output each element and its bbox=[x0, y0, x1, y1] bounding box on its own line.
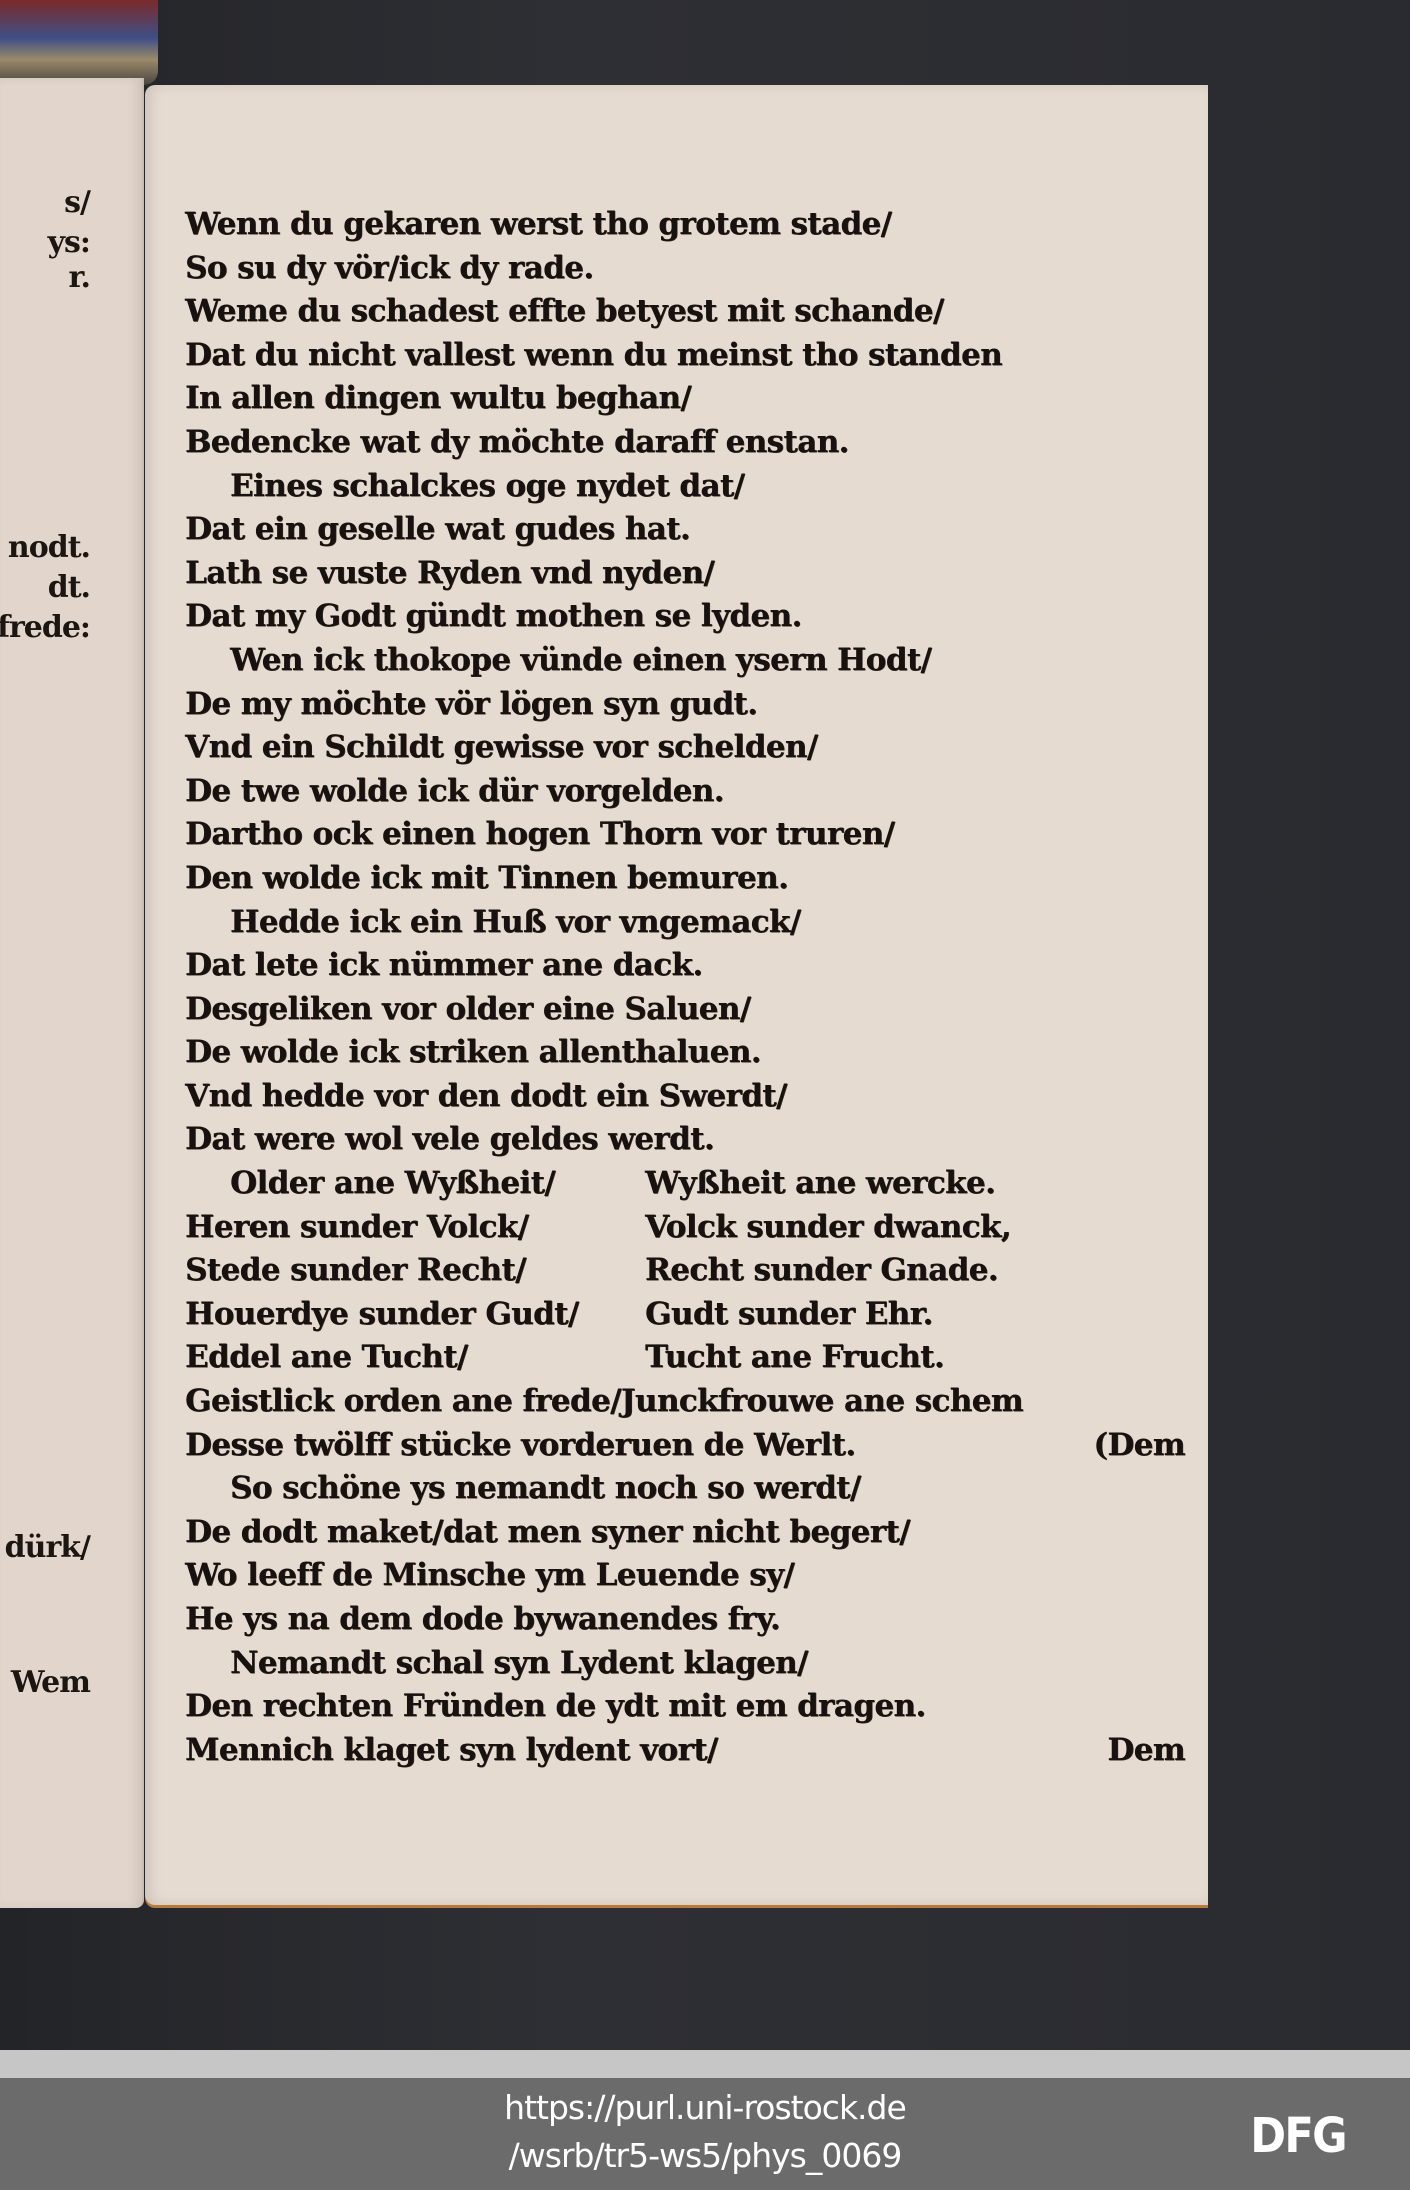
col-left-text: Eddel ane Tucht/ bbox=[185, 1339, 468, 1375]
left-page-fragment: s/ bbox=[64, 185, 90, 220]
two-column-line: Older ane Wyßheit/ Wyßheit ane wercke. bbox=[185, 1162, 1185, 1206]
text-line: De my möchte vör lögen syn gudt. bbox=[185, 683, 1185, 727]
col-left-text: Heren sunder Volck/ bbox=[185, 1209, 528, 1245]
footer-divider-bar bbox=[0, 2050, 1410, 2078]
text-line: Dat my Godt gündt mothen se lyden. bbox=[185, 595, 1185, 639]
left-page-fragment: frede: bbox=[0, 610, 90, 645]
text-line: Wen ick thokope vünde einen ysern Hodt/ bbox=[185, 639, 1185, 683]
text-line-content: He ys na dem dode bywanendes fry. bbox=[185, 1601, 780, 1637]
col-right-text: Tucht ane Frucht. bbox=[645, 1336, 944, 1380]
text-line: Weme du schadest effte betyest mit schan… bbox=[185, 290, 1185, 334]
left-page-catchword: Wem bbox=[11, 1665, 90, 1700]
book-binding-edge bbox=[0, 0, 158, 85]
text-line: Wo leeff de Minsche ym Leuende sy/ bbox=[185, 1554, 1185, 1598]
text-line-content: Nemandt schal syn Lydent klagen/ bbox=[230, 1645, 808, 1681]
left-page-fragment: nodt. bbox=[8, 530, 90, 565]
text-line: De twe wolde ick dür vorgelden. bbox=[185, 770, 1185, 814]
left-page-fragment: ys: bbox=[48, 225, 90, 260]
text-line-content: De dodt maket/dat men syner nicht begert… bbox=[185, 1514, 910, 1550]
text-line-content: Desse twölff stücke vorderuen de Werlt. bbox=[185, 1427, 856, 1463]
col-right-text: Recht sunder Gnade. bbox=[645, 1249, 998, 1293]
text-line: Den rechten Fründen de ydt mit em dragen… bbox=[185, 1685, 1185, 1729]
col-right-text: Wyßheit ane wercke. bbox=[645, 1162, 995, 1206]
text-line: So schöne ys nemandt noch so werdt/ bbox=[185, 1467, 1185, 1511]
text-line: Dat were wol vele geldes werdt. bbox=[185, 1118, 1185, 1162]
left-page: s/ ys: r. nodt. dt. frede: dürk/ Wem bbox=[0, 78, 144, 1908]
text-line: Geistlick orden ane frede/Junckfrouwe an… bbox=[185, 1380, 1185, 1424]
text-line: In allen dingen wultu beghan/ bbox=[185, 377, 1185, 421]
text-line: Mennich klaget syn lydent vort/ Dem bbox=[185, 1729, 1185, 1773]
dfg-logo: DFG bbox=[1250, 2108, 1345, 2164]
text-line: Desse twölff stücke vorderuen de Werlt. … bbox=[185, 1424, 1185, 1468]
poem-text-block: Wenn du gekaren werst tho grotem stade/ … bbox=[185, 203, 1185, 1772]
text-line: Vnd ein Schildt gewisse vor schelden/ bbox=[185, 726, 1185, 770]
text-line: De dodt maket/dat men syner nicht begert… bbox=[185, 1511, 1185, 1555]
catchword-bracket: (Dem bbox=[1093, 1424, 1185, 1468]
text-line-content: Geistlick orden ane frede/Junckfrouwe an… bbox=[185, 1383, 1023, 1419]
col-left-text: Stede sunder Recht/ bbox=[185, 1252, 526, 1288]
col-left-text: Older ane Wyßheit/ bbox=[230, 1165, 555, 1201]
text-line: Bedencke wat dy möchte daraff enstan. bbox=[185, 421, 1185, 465]
text-line: Dat lete ick nümmer ane dack. bbox=[185, 944, 1185, 988]
permalink-line-2[interactable]: /wsrb/tr5-ws5/phys_0069 bbox=[0, 2136, 1410, 2175]
two-column-line: Eddel ane Tucht/ Tucht ane Frucht. bbox=[185, 1336, 1185, 1380]
text-line: Wenn du gekaren werst tho grotem stade/ bbox=[185, 203, 1185, 247]
text-line: Dartho ock einen hogen Thorn vor truren/ bbox=[185, 813, 1185, 857]
text-line: Dat du nicht vallest wenn du meinst tho … bbox=[185, 334, 1185, 378]
text-line: Den wolde ick mit Tinnen bemuren. bbox=[185, 857, 1185, 901]
left-page-fragment: dt. bbox=[48, 570, 90, 605]
col-left-text: Houerdye sunder Gudt/ bbox=[185, 1296, 579, 1332]
left-page-fragment: dürk/ bbox=[5, 1530, 90, 1565]
right-page: Wenn du gekaren werst tho grotem stade/ … bbox=[145, 85, 1208, 1905]
permalink-line-1[interactable]: https://purl.uni-rostock.de bbox=[0, 2088, 1410, 2127]
text-line: Lath se vuste Ryden vnd nyden/ bbox=[185, 552, 1185, 596]
text-line: Vnd hedde vor den dodt ein Swerdt/ bbox=[185, 1075, 1185, 1119]
text-line: So su dy vör/ick dy rade. bbox=[185, 247, 1185, 291]
text-line-content: Wo leeff de Minsche ym Leuende sy/ bbox=[185, 1557, 794, 1593]
text-line: Desgeliken vor older eine Saluen/ bbox=[185, 988, 1185, 1032]
text-line: Dat ein geselle wat gudes hat. bbox=[185, 508, 1185, 552]
col-right-text: Volck sunder dwanck, bbox=[645, 1206, 1011, 1250]
two-column-line: Houerdye sunder Gudt/ Gudt sunder Ehr. bbox=[185, 1293, 1185, 1337]
two-column-line: Stede sunder Recht/ Recht sunder Gnade. bbox=[185, 1249, 1185, 1293]
text-line: Nemandt schal syn Lydent klagen/ bbox=[185, 1642, 1185, 1686]
text-line: Eines schalckes oge nydet dat/ bbox=[185, 465, 1185, 509]
text-line: He ys na dem dode bywanendes fry. bbox=[185, 1598, 1185, 1642]
text-line: De wolde ick striken allenthaluen. bbox=[185, 1031, 1185, 1075]
text-line-content: So schöne ys nemandt noch so werdt/ bbox=[230, 1470, 861, 1506]
col-right-text: Gudt sunder Ehr. bbox=[645, 1293, 933, 1337]
catchword: Dem bbox=[1107, 1729, 1185, 1773]
text-line-content: Mennich klaget syn lydent vort/ bbox=[185, 1732, 718, 1768]
text-line-content: Den rechten Fründen de ydt mit em dragen… bbox=[185, 1688, 926, 1724]
left-page-fragment: r. bbox=[69, 260, 91, 295]
two-column-line: Heren sunder Volck/ Volck sunder dwanck, bbox=[185, 1206, 1185, 1250]
text-line: Hedde ick ein Huß vor vngemack/ bbox=[185, 901, 1185, 945]
